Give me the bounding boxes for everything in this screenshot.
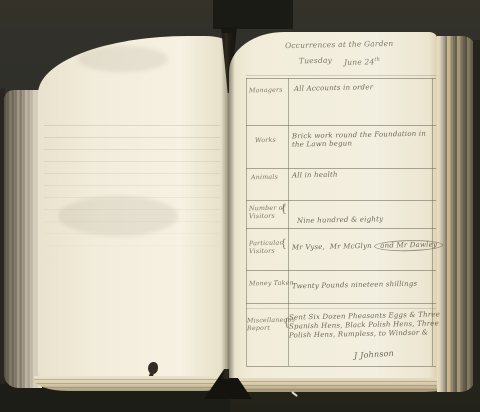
row-label: Managers: [249, 86, 283, 96]
left-page-bottom-edges: [34, 376, 228, 391]
date-value: June 24: [344, 57, 375, 67]
row-label: Report: [247, 324, 270, 333]
row-label: Visitors: [249, 247, 275, 257]
row-label: Visitors: [249, 212, 275, 222]
date-suffix: th: [374, 57, 380, 63]
left-page-edge-stack: [4, 90, 42, 388]
date-text: June 24th: [344, 56, 380, 67]
row-content: Mr Vyse, Mr McGlyn and Mr Dawley: [292, 239, 443, 253]
row-content: the Lawn begun: [292, 139, 352, 149]
gutter-fold-shadow: [221, 33, 235, 379]
row-content: All in health: [292, 171, 338, 181]
table-line: [246, 228, 436, 229]
show-through-smudge: [78, 46, 168, 72]
table-line: [246, 78, 436, 79]
table-line: [246, 270, 436, 271]
visitor-name: Mr McGlyn: [330, 242, 372, 251]
left-blank-page: [38, 36, 229, 380]
background-dark-patch: [213, 0, 293, 29]
date-day: Tuesday: [299, 56, 332, 66]
table-line: [246, 308, 436, 309]
table-line: [246, 75, 436, 76]
right-book-cover-edge: [473, 40, 480, 392]
label-brace: {: [280, 204, 287, 213]
table-line: [246, 303, 436, 304]
row-content: Nine hundred & eighty: [297, 215, 383, 226]
row-content: All Accounts in order: [294, 83, 373, 94]
table-line: [246, 125, 436, 126]
circled-visitor-name: and Mr Dawley: [374, 239, 443, 251]
label-brace: {: [280, 239, 287, 248]
show-through-smudge: [58, 196, 178, 236]
row-label: Works: [255, 136, 276, 145]
table-line: [246, 200, 436, 201]
table-line: [246, 168, 436, 169]
row-content: Polish Hens, Rumpless, to Windsor &: [289, 329, 428, 341]
visitor-name: Mr Vyse,: [292, 243, 325, 252]
signature: J Johnson: [354, 349, 394, 361]
ink-blot: [148, 362, 158, 374]
right-ledger-page: Occurrences at the Garden Tuesday June 2…: [229, 32, 437, 378]
page-title: Occurrences at the Garden: [285, 39, 394, 50]
table-line: [246, 366, 436, 367]
faint-ruled-lines: [44, 114, 220, 264]
row-label: Animals: [251, 173, 278, 183]
row-content: Twenty Pounds nineteen shillings: [292, 280, 417, 292]
row-label: Money Taken: [249, 279, 294, 289]
right-page-edge-stack: [437, 36, 476, 392]
photo-of-open-ledger: Occurrences at the Garden Tuesday June 2…: [0, 0, 480, 412]
